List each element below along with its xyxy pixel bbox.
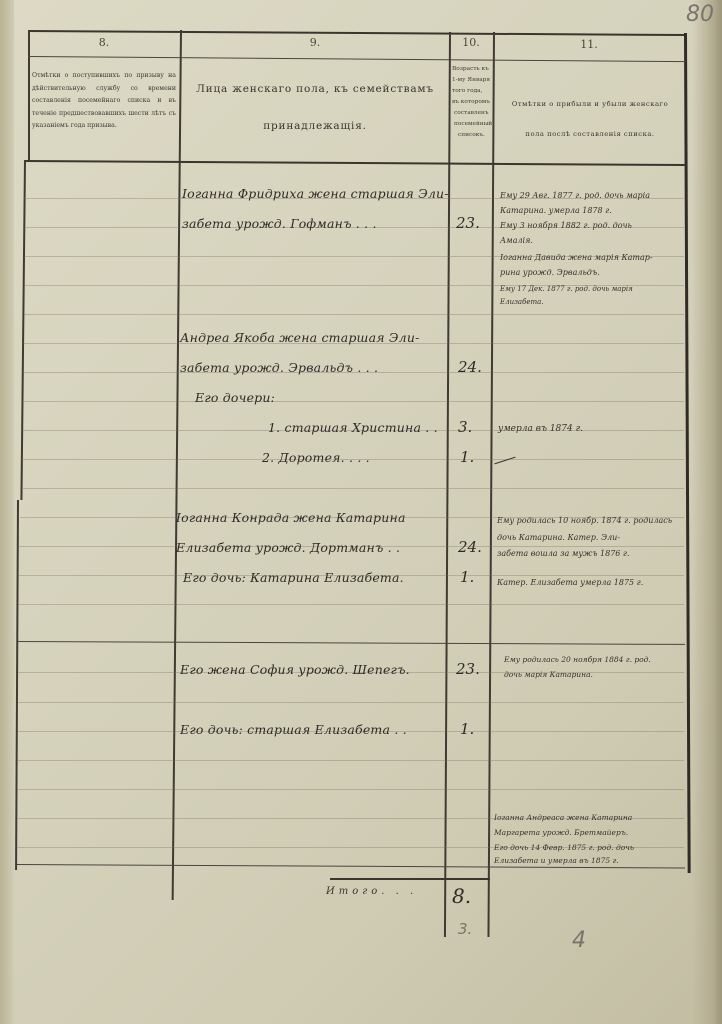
entry-name: забета урожд. Эрвальдъ . . . [180,360,378,375]
note-line: Іоганна Андреаса жена Катарина [494,813,632,822]
column-11-number: 11. [494,38,684,51]
entry-name: 2. Доротея. . . . [262,450,370,465]
column-9-title-line1: Лица женскаго пола, къ семействамъ [182,83,448,95]
frame-left-low [15,500,19,870]
note-line: дочь марія Катарина. [504,670,593,679]
entry-subheading: Его дочери: [195,390,275,405]
entry-name: 1. старшая Христина . . [268,420,438,435]
col-divider-9-10 [444,32,451,937]
entry-name: Его дочь: Катарина Елизабета. [183,570,404,585]
frame-left-mid [20,160,25,500]
page-edge-right [692,0,722,1024]
entry-age: 1. [460,448,474,466]
pencil-mark-total: 3. [458,920,472,938]
document-page: 80 8. 9. 10. 11. [0,0,722,1024]
folio-number: 80 [686,2,714,27]
entry-age: 24. [458,538,482,556]
entry-name: Іоганна Фридриха жена старшая Эли- [182,186,449,201]
column-11-title-line2: пола послѣ составленія списка. [496,130,684,138]
note-line: Ему 29 Авг. 1877 г. род. дочь маріа [500,191,650,200]
dash-mark [494,457,515,465]
entry-name: забета урожд. Гофманъ . . . [182,216,377,231]
note-line: Ему родилась 10 ноябр. 1874 г. родилась [497,516,672,525]
note-line: Ему родилась 20 ноября 1884 г. род. [504,655,651,664]
note-line: Елизабета и умерла въ 1875 г. [494,856,619,865]
column-10-number: 10. [450,36,492,49]
total-top-line [330,878,490,880]
entry-name: Андреа Якоба жена старшая Эли- [180,330,420,345]
note-line: умерла въ 1874 г. [498,424,583,434]
section-separator [17,641,685,645]
total-value: 8. [452,884,471,908]
entry-name: Іоганна Конрада жена Катарина [176,510,406,525]
note-line: Маргарета урожд. Бретмайеръ. [494,828,628,837]
page-edge-left [0,0,14,1024]
column-9-number: 9. [182,36,448,49]
entry-age: 3. [458,418,472,436]
note-line: Катарина. умерла 1878 г. [500,206,612,215]
note-line: дочь Катарина. Катер. Эли- [497,533,620,542]
col-divider-10-11 [487,32,494,937]
frame-right [684,33,690,873]
column-8-title: Отмѣтки о поступившихъ по призыву на дѣй… [32,70,176,133]
entry-name: Его жена София урожд. Шепегъ. [180,662,410,677]
note-line: рина урожд. Эрвальдъ. [500,268,600,277]
header-number-row-line [28,56,686,63]
entry-name: Елизабета урожд. Дортманъ . . [176,540,400,555]
note-line: Его дочь 14 Февр. 1875 г. род. дочь [494,843,634,852]
note-line: Ему 17 Дек. 1877 г. род. дочь марія [500,285,633,293]
entry-age: 23. [456,660,480,678]
entry-age: 1. [460,720,474,738]
note-line: забета вошла за мужъ 1876 г. [497,549,630,558]
note-line: Елизабета. [500,298,544,306]
frame-left-top [28,30,30,162]
total-label: Итого. . . [326,886,417,897]
pencil-mark: 4 [572,928,586,953]
column-9-title-line2: принадлежащія. [182,120,448,132]
entry-age: 1. [460,568,474,586]
header-bottom-line [26,160,686,166]
entry-age: 23. [456,214,480,232]
column-11-title-line1: Отмѣтки о прибыли и убыли женскаго [496,100,684,108]
entry-age: 24. [458,358,482,376]
note-line: Іоганна Давида жена марія Катар- [500,253,653,262]
note-line: Катер. Елизабета умерла 1875 г. [497,578,643,587]
entry-name: Его дочь: старшая Елизабета . . [180,722,407,737]
note-line: Ему 3 ноября 1882 г. род. дочь [500,221,632,230]
column-8-number: 8. [28,36,180,49]
note-line: Амалія. [500,236,533,245]
